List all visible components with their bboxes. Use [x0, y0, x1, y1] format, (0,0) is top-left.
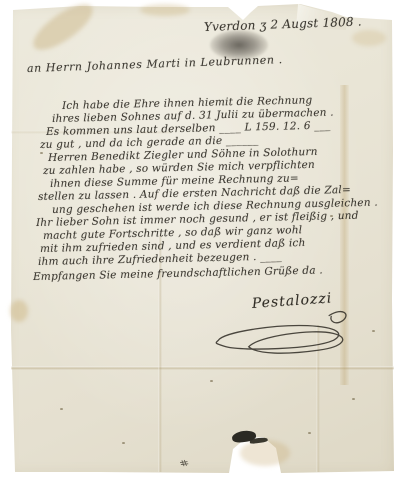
paper-speck [60, 408, 63, 410]
paper-speck [308, 432, 311, 434]
scanned-letter-page: { "document": { "kind": "scanned handwri… [0, 0, 400, 481]
paper-speck [352, 398, 355, 400]
paper-speck [40, 152, 43, 154]
paper-speck [372, 330, 375, 332]
fold-crease-horizontal [11, 366, 394, 370]
paper-speck [210, 380, 213, 382]
stain-hole-edge [240, 440, 290, 466]
stain-top-right [352, 30, 386, 46]
stain-top [140, 4, 190, 16]
signature-flourish [211, 306, 353, 359]
paper-speck [122, 442, 125, 444]
stain-left-edge [10, 300, 28, 322]
